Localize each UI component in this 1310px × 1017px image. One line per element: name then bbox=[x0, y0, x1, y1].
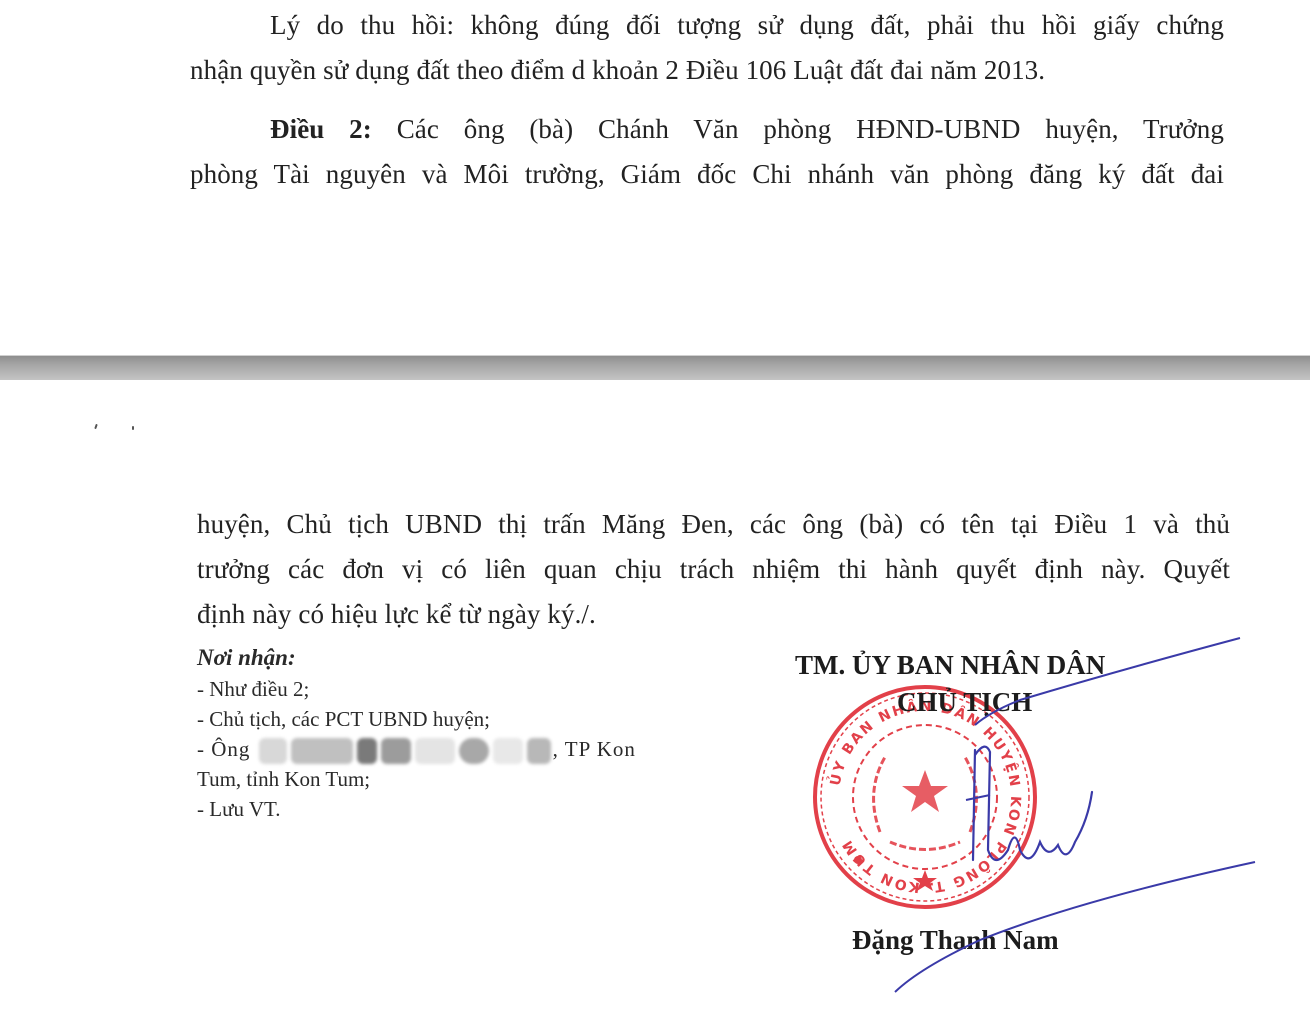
redaction-blur bbox=[259, 738, 287, 764]
recipients-block: Nơi nhận: - Như điều 2; - Chủ tịch, các … bbox=[197, 644, 717, 824]
redaction-blur bbox=[459, 738, 489, 764]
recipients-heading: Nơi nhận: bbox=[197, 644, 717, 672]
scan-speck bbox=[132, 426, 134, 430]
signature-on-behalf: TM. ỦY BAN NHÂN DÂN bbox=[795, 650, 1105, 681]
reason-paragraph: Lý do thu hồi: không đúng đối tượng sử d… bbox=[190, 3, 1224, 93]
redaction-blur bbox=[415, 738, 455, 764]
redaction-blur bbox=[291, 738, 353, 764]
article-2-paragraph: Điều 2: Các ông (bà) Chánh Văn phòng HĐN… bbox=[190, 107, 1224, 197]
article-2-continuation: huyện, Chủ tịch UBND thị trấn Măng Đen, … bbox=[197, 502, 1230, 637]
continuation-line-3: định này có hiệu lực kể từ ngày ký./. bbox=[197, 592, 1230, 637]
article-2-label: Điều 2: bbox=[270, 114, 372, 144]
article-2-line-1: Điều 2: Các ông (bà) Chánh Văn phòng HĐN… bbox=[190, 107, 1224, 152]
signature-block: TM. ỦY BAN NHÂN DÂN CHỦ TỊCH ỦY BAN NHÂN… bbox=[780, 642, 1180, 1002]
reason-line-1: Lý do thu hồi: không đúng đối tượng sử d… bbox=[190, 3, 1224, 48]
redaction-blur bbox=[381, 738, 411, 764]
continuation-line-1: huyện, Chủ tịch UBND thị trấn Măng Đen, … bbox=[197, 502, 1230, 547]
document-page-bottom: huyện, Chủ tịch UBND thị trấn Măng Đen, … bbox=[0, 380, 1310, 1017]
signer-name: Đặng Thanh Nam bbox=[852, 925, 1059, 956]
recipient-prefix: - Ông bbox=[197, 737, 250, 761]
document-page-top: Lý do thu hồi: không đúng đối tượng sử d… bbox=[0, 0, 1310, 355]
recipient-item: - Chủ tịch, các PCT UBND huyện; bbox=[197, 704, 717, 734]
recipient-item: - Lưu VT. bbox=[197, 794, 717, 824]
recipient-item: - Như điều 2; bbox=[197, 674, 717, 704]
redaction-blur bbox=[493, 738, 523, 764]
redaction-blur bbox=[527, 738, 551, 764]
page-separator bbox=[0, 355, 1310, 381]
reason-line-2: nhận quyền sử dụng đất theo điểm d khoản… bbox=[190, 48, 1224, 93]
continuation-line-2: trưởng các đơn vị có liên quan chịu trác… bbox=[197, 547, 1230, 592]
recipient-item-continuation: Tum, tỉnh Kon Tum; bbox=[197, 764, 717, 794]
article-2-line-2: phòng Tài nguyên và Môi trường, Giám đốc… bbox=[190, 152, 1224, 197]
recipient-suffix: , TP Kon bbox=[553, 737, 636, 761]
scan-speck bbox=[94, 424, 98, 429]
article-2-line-1-text: Các ông (bà) Chánh Văn phòng HĐND-UBND h… bbox=[397, 114, 1224, 144]
redaction-blur bbox=[357, 738, 377, 764]
recipient-item-redacted: - Ông , TP Kon bbox=[197, 734, 717, 764]
signature-role: CHỦ TỊCH bbox=[897, 687, 1032, 718]
